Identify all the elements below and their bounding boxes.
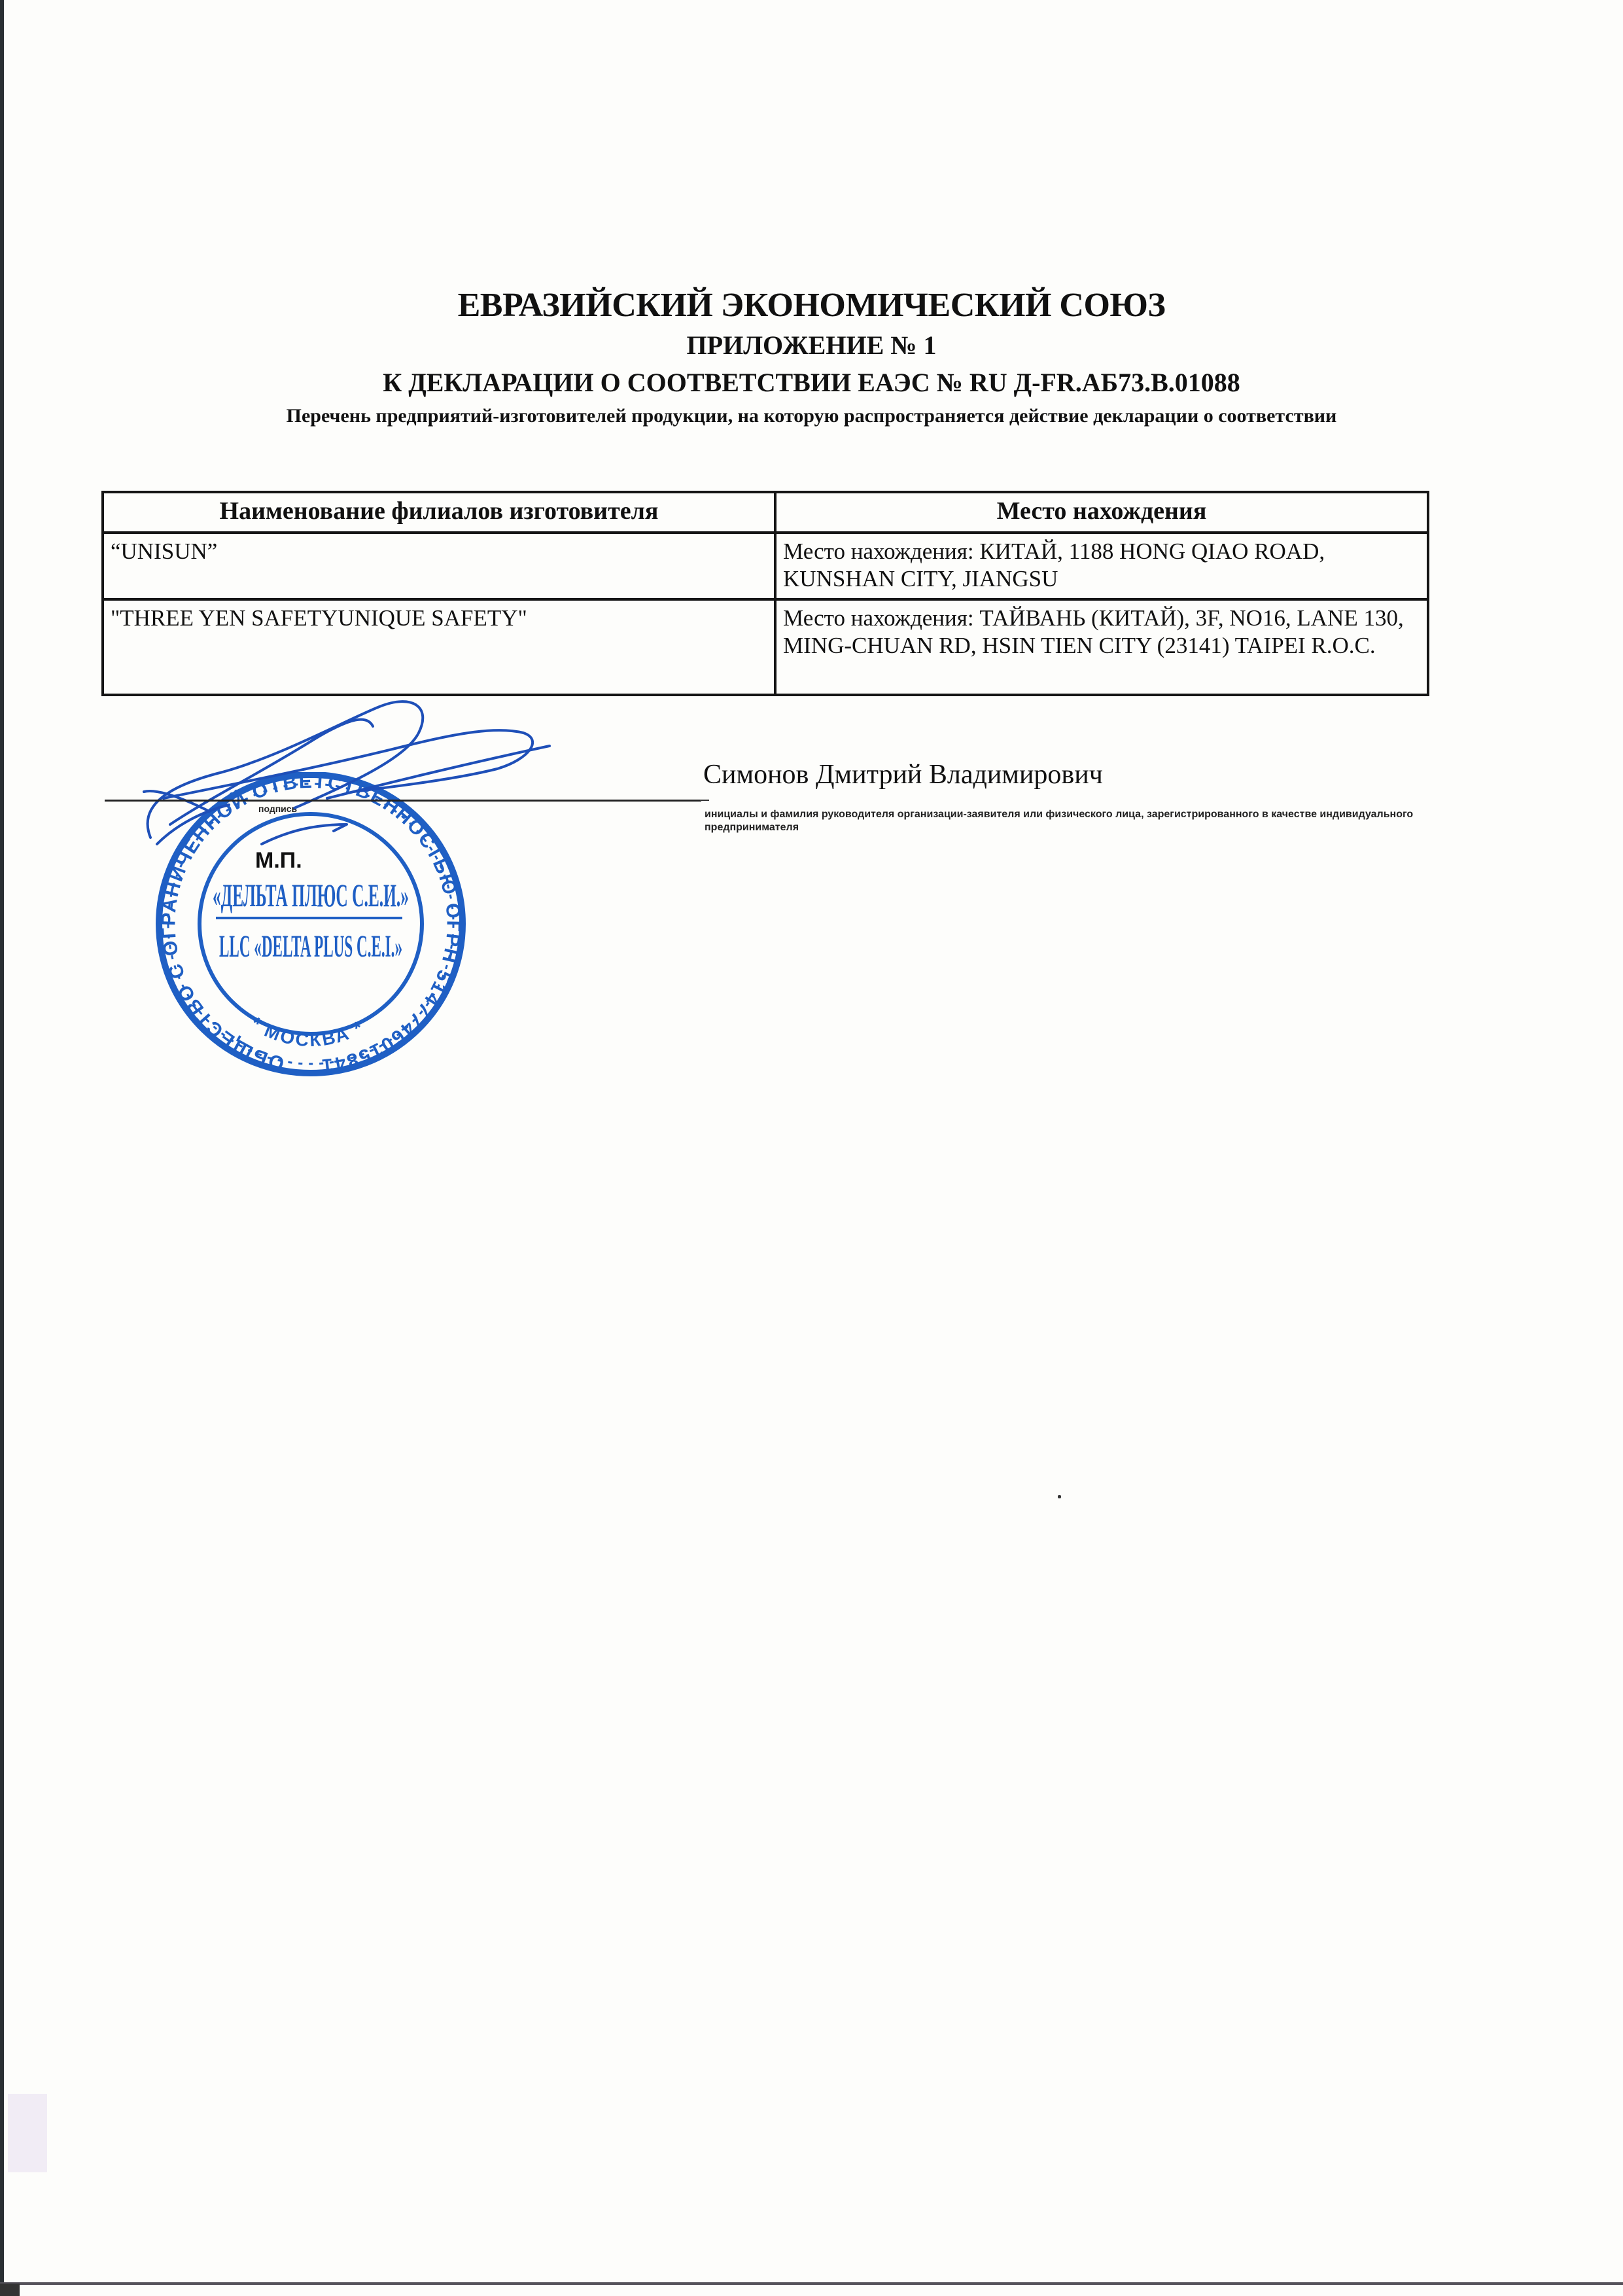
table-row: “UNISUN” Место нахождения: КИТАЙ, 1188 H… bbox=[103, 533, 1428, 599]
scan-artifact bbox=[8, 2094, 47, 2172]
signer-caption: инициалы и фамилия руководителя организа… bbox=[705, 808, 1444, 834]
document-header: ЕВРАЗИЙСКИЙ ЭКОНОМИЧЕСКИЙ СОЮЗ ПРИЛОЖЕНИ… bbox=[0, 285, 1623, 429]
signature-line bbox=[105, 800, 701, 802]
column-header-branch-name: Наименование филиалов изготовителя bbox=[103, 492, 775, 533]
stamp-company-en: LLC «DELTA PLUS C.E.I.» bbox=[219, 929, 402, 964]
handwritten-signature bbox=[131, 694, 602, 851]
seal-placeholder-label: М.П. bbox=[255, 848, 302, 874]
stamp-company-ru: «ДЕЛЬТА ПЛЮС С.Е.И.» bbox=[213, 877, 409, 913]
manufacturers-table: Наименование филиалов изготовителя Место… bbox=[101, 491, 1429, 696]
signer-name: Симонов Дмитрий Владимирович bbox=[703, 759, 1103, 790]
scan-corner bbox=[0, 2284, 20, 2296]
column-header-location: Место нахождения bbox=[775, 492, 1428, 533]
branch-name-cell: “UNISUN” bbox=[103, 533, 775, 599]
signer-underline bbox=[700, 800, 709, 801]
scan-speck bbox=[1058, 1495, 1061, 1498]
table-header-row: Наименование филиалов изготовителя Место… bbox=[103, 492, 1428, 533]
location-cell: Место нахождения: КИТАЙ, 1188 HONG QIAO … bbox=[775, 533, 1428, 599]
scan-bottom-edge bbox=[0, 2282, 1623, 2285]
location-cell: Место нахождения: ТАЙВАНЬ (КИТАЙ), 3F, N… bbox=[775, 599, 1428, 695]
document-subtitle: Перечень предприятий-изготовителей проду… bbox=[190, 404, 1433, 429]
signature-caption: подпись bbox=[258, 804, 297, 814]
stamp-city-text: * МОСКВА * bbox=[247, 1013, 368, 1050]
table-row: "THREE YEN SAFETYUNIQUE SAFETY" Место на… bbox=[103, 599, 1428, 695]
annex-number: ПРИЛОЖЕНИЕ № 1 bbox=[0, 327, 1623, 364]
declaration-reference: К ДЕКЛАРАЦИИ О СООТВЕТСТВИИ ЕАЭС № RU Д-… bbox=[0, 364, 1623, 401]
document-title: ЕВРАЗИЙСКИЙ ЭКОНОМИЧЕСКИЙ СОЮЗ bbox=[0, 285, 1623, 327]
branch-name-cell: "THREE YEN SAFETYUNIQUE SAFETY" bbox=[103, 599, 775, 695]
svg-text:* МОСКВА *: * МОСКВА * bbox=[247, 1013, 368, 1050]
